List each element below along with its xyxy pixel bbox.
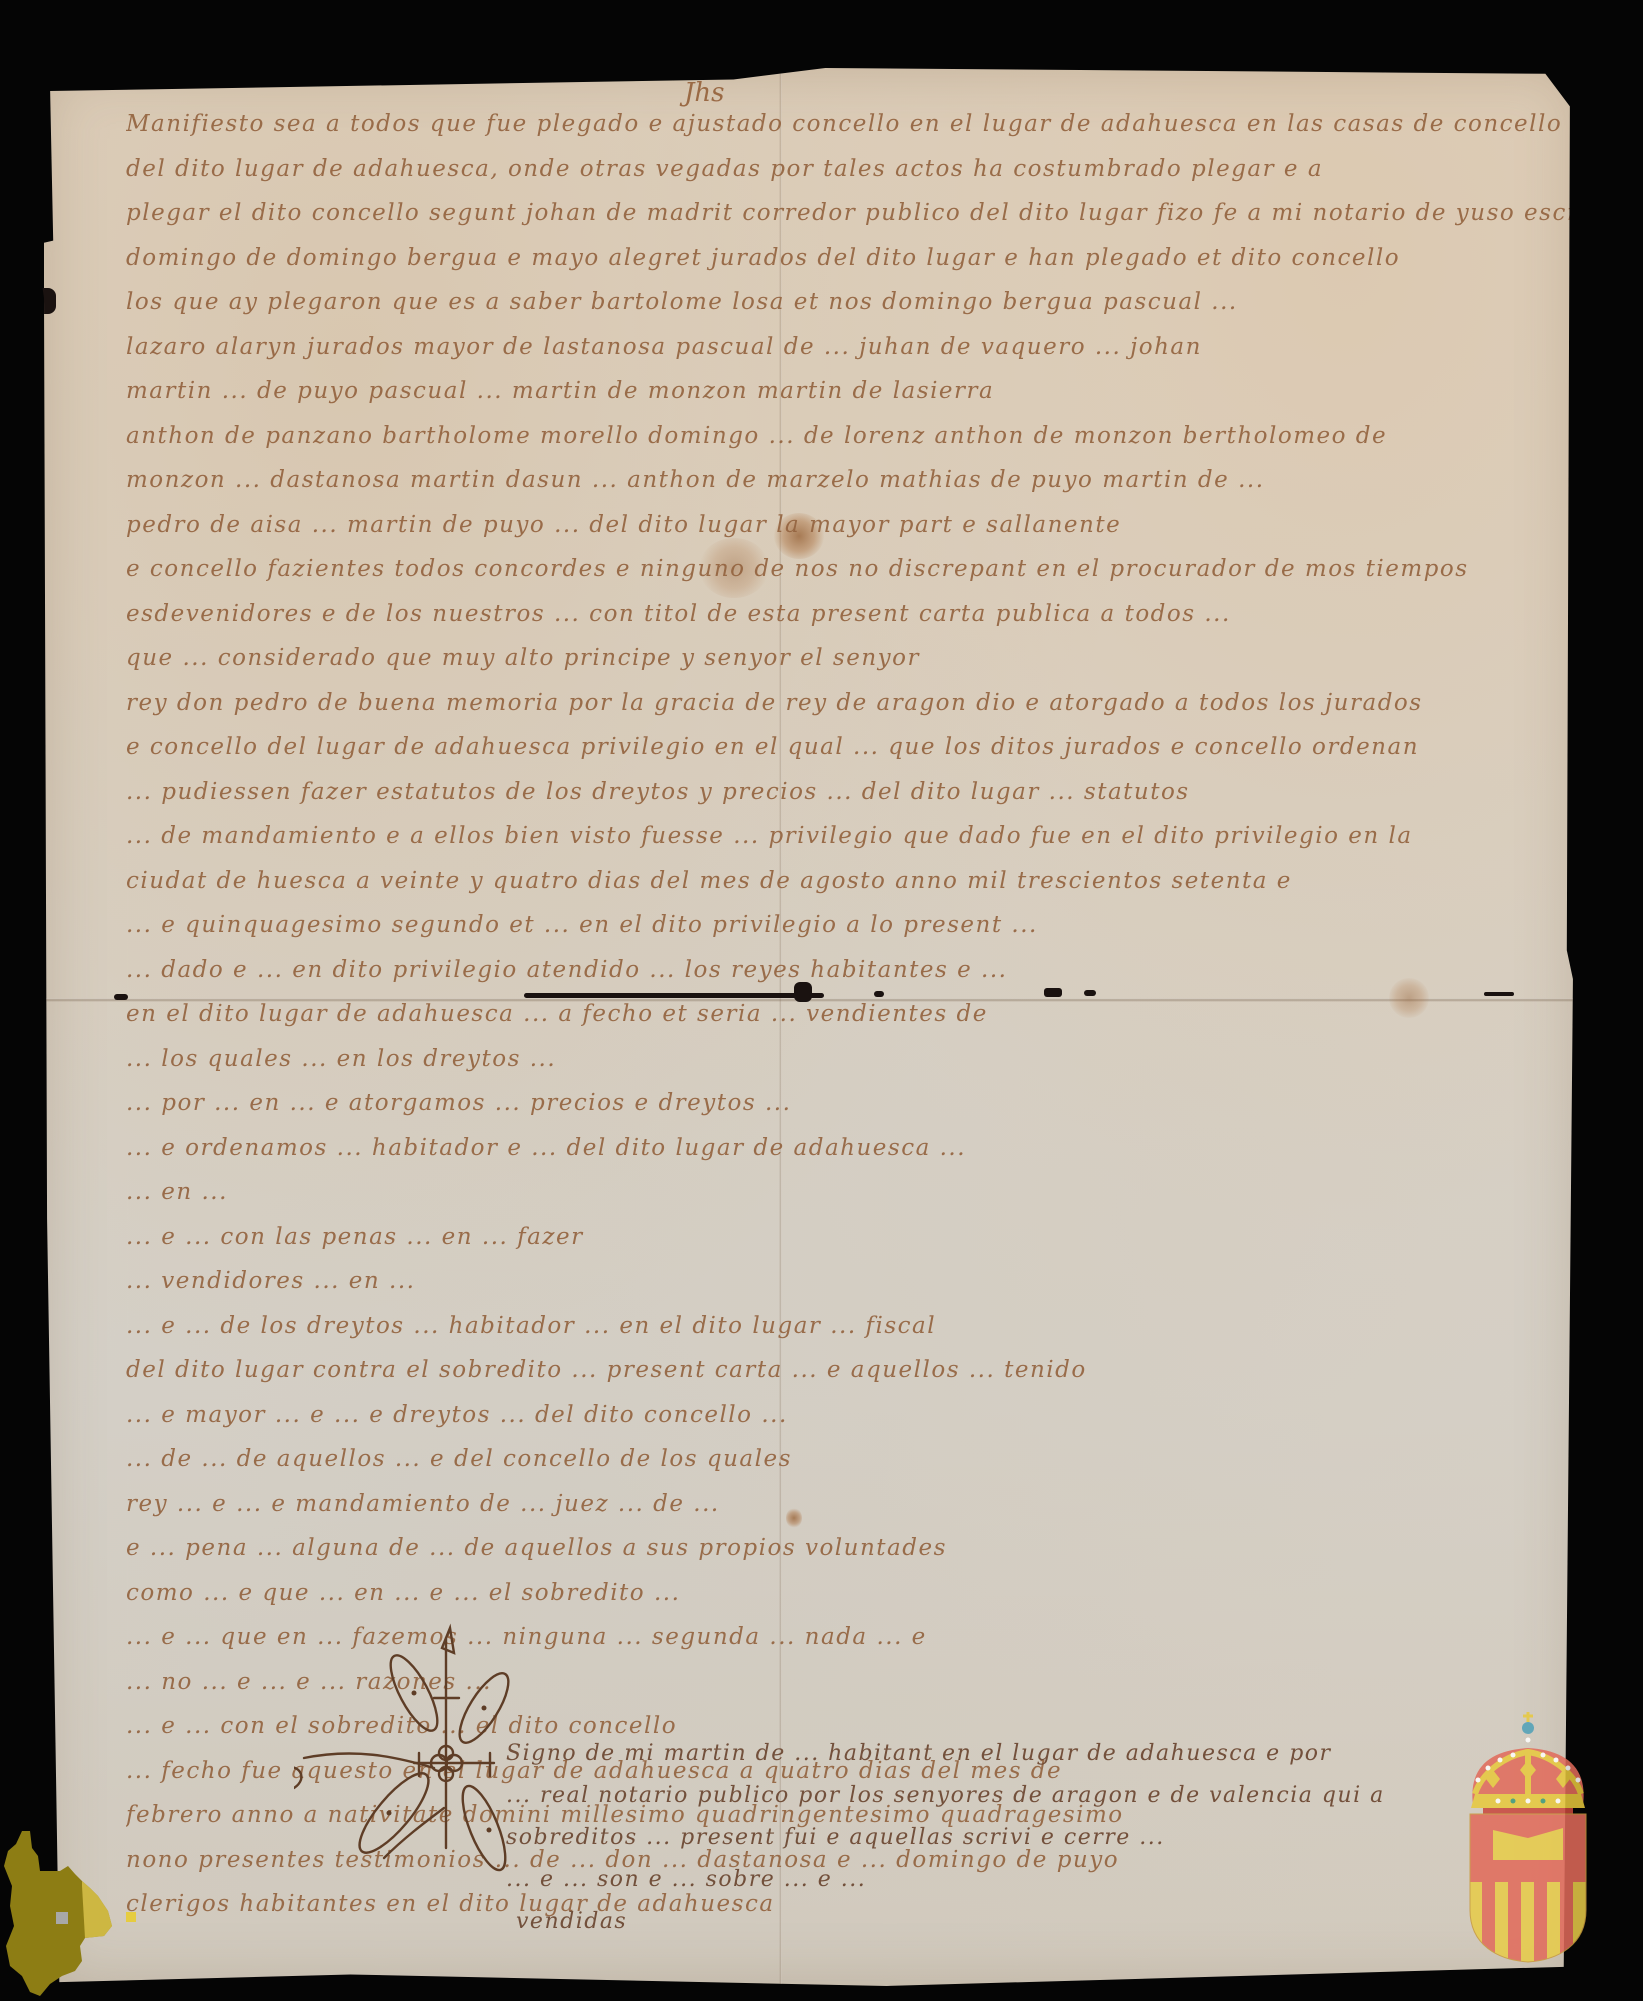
manuscript-line: ... e ordenamos ... habitador e ... del … xyxy=(126,1126,1576,1171)
manuscript-line: monzon ... dastanosa martin dasun ... an… xyxy=(126,458,1576,503)
manuscript-line: domingo de domingo bergua e mayo alegret… xyxy=(126,236,1576,281)
subscription-line: ... e ... son e ... sobre ... e ... xyxy=(506,1859,1556,1901)
manuscript-line: ... de ... de aquellos ... e del concell… xyxy=(126,1437,1576,1482)
coat-of-arms-icon xyxy=(1453,1710,1603,1970)
manuscript-line: ... los quales ... en los dreytos ... xyxy=(126,1037,1576,1082)
manuscript-line: ... pudiessen fazer estatutos de los dre… xyxy=(126,770,1576,815)
manuscript-line: en el dito lugar de adahuesca ... a fech… xyxy=(126,992,1576,1037)
manuscript-line: del dito lugar de adahuesca, onde otras … xyxy=(126,147,1576,192)
manuscript-line: rey ... e ... e mandamiento de ... juez … xyxy=(126,1482,1576,1527)
manuscript-line: esdevenidores e de los nuestros ... con … xyxy=(126,592,1576,637)
manuscript-line: ... dado e ... en dito privilegio atendi… xyxy=(126,948,1576,993)
manuscript-line: lazaro alaryn jurados mayor de lastanosa… xyxy=(126,325,1576,370)
manuscript-line: ... vendidores ... en ... xyxy=(126,1259,1576,1304)
manuscript-line: e concello fazientes todos concordes e n… xyxy=(126,547,1576,592)
subscription-line: vendidas xyxy=(506,1901,1556,1943)
manuscript-line: ... e ... con las penas ... en ... fazer xyxy=(126,1215,1576,1260)
manuscript-line: ... e ... de los dreytos ... habitador .… xyxy=(126,1304,1576,1349)
manuscript-line: rey don pedro de buena memoria por la gr… xyxy=(126,681,1576,726)
manuscript-line: anthon de panzano bartholome morello dom… xyxy=(126,414,1576,459)
manuscript-line: ... de mandamiento e a ellos bien visto … xyxy=(126,814,1576,859)
manuscript-line: ... por ... en ... e atorgamos ... preci… xyxy=(126,1081,1576,1126)
parchment-sheet: Jhs Manifiesto sea a todos que fue plega… xyxy=(44,68,1576,1986)
manuscript-line: e ... pena ... alguna de ... de aquellos… xyxy=(126,1526,1576,1571)
manuscript-line: del dito lugar contra el sobredito ... p… xyxy=(126,1348,1576,1393)
notary-subscription: Signo de mi martin de ... habitant en el… xyxy=(506,1733,1556,1943)
manuscript-line: martin ... de puyo pascual ... martin de… xyxy=(126,369,1576,414)
subscription-line: sobreditos ... present fui e aquellas sc… xyxy=(506,1817,1556,1859)
manuscript-line: que ... considerado que muy alto princip… xyxy=(126,636,1576,681)
left-edge-notch xyxy=(42,288,56,314)
manuscript-line: ... e quinquagesimo segundo et ... en el… xyxy=(126,903,1576,948)
region-map-icon xyxy=(0,1826,150,2001)
subscription-line: Signo de mi martin de ... habitant en el… xyxy=(506,1733,1556,1775)
manuscript-line: pedro de aisa ... martin de puyo ... del… xyxy=(126,503,1576,548)
manuscript-line: ... en ... xyxy=(126,1170,1576,1215)
manuscript-line: ... e mayor ... e ... e dreytos ... del … xyxy=(126,1393,1576,1438)
manuscript-line: los que ay plegaron que es a saber barto… xyxy=(126,280,1576,325)
subscription-line: ... real notario publico por los senyore… xyxy=(506,1775,1556,1817)
manuscript-line: ciudat de huesca a veinte y quatro dias … xyxy=(126,859,1576,904)
manuscript-line: Manifiesto sea a todos que fue plegado e… xyxy=(126,102,1576,147)
manuscript-line: e concello del lugar de adahuesca privil… xyxy=(126,725,1576,770)
manuscript-line: plegar el dito concello segunt johan de … xyxy=(126,191,1576,236)
